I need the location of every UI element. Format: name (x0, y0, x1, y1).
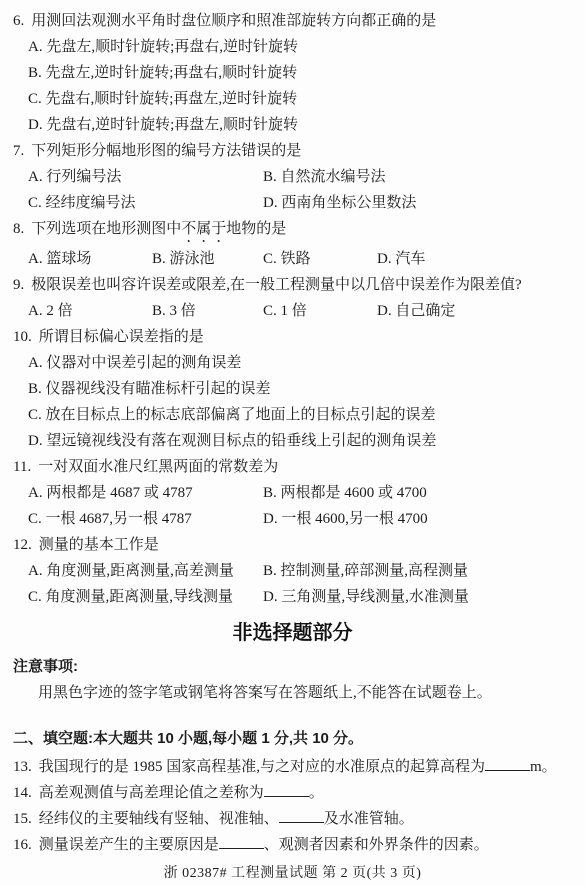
question-11-option-b: B. 两根都是 4600 或 4700 (263, 480, 572, 506)
question-8-option-a: A. 篮球场 (28, 246, 152, 272)
notes-body: 用黑色字迹的签字笔或钢笔将答案写在答题纸上,不能答在试题卷上。 (13, 680, 572, 706)
question-14-text-before: 高差观测值与高差理论值之差称为 (39, 785, 264, 801)
question-8-option-d: D. 汽车 (377, 246, 572, 272)
section-header-non-mc: 非选择题部分 (13, 618, 572, 648)
question-8: 8.下列选项在地形测图中不属于地物的是 A. 篮球场 B. 游泳池 C. 铁路 … (13, 216, 572, 272)
question-7-option-d: D. 西南角坐标公里数法 (263, 190, 572, 216)
question-8-options: A. 篮球场 B. 游泳池 C. 铁路 D. 汽车 (28, 246, 572, 272)
question-9: 9.极限误差也叫容许误差或限差,在一般工程测量中以几倍中误差作为限差值? A. … (13, 272, 572, 324)
question-16-number: 16. (13, 837, 32, 853)
question-11-option-a: A. 两根都是 4687 或 4787 (28, 480, 263, 506)
question-12-option-c: C. 角度测量,距离测量,导线测量 (28, 584, 263, 610)
question-7-text: 下列矩形分幅地形图的编号方法错误的是 (31, 143, 301, 159)
question-6-option-d: D. 先盘右,逆时针旋转;再盘左,顺时针旋转 (28, 112, 572, 138)
question-9-number: 9. (13, 277, 24, 293)
question-6-option-a: A. 先盘左,顺时针旋转;再盘右,逆时针旋转 (28, 34, 572, 60)
question-6-title: 6.用测回法观测水平角时盘位顺序和照准部旋转方向都正确的是 (13, 8, 572, 34)
question-15-number: 15. (13, 811, 32, 827)
question-10-option-d: D. 望远镜视线没有落在观测目标点的铅垂线上引起的测角误差 (28, 428, 572, 454)
question-8-option-b: B. 游泳池 (152, 246, 263, 272)
question-16-blank (219, 835, 264, 849)
question-6-option-b: B. 先盘左,逆时针旋转;再盘右,顺时针旋转 (28, 60, 572, 86)
question-10-option-a: A. 仪器对中误差引起的测角误差 (28, 350, 572, 376)
question-10: 10.所谓目标偏心误差指的是 A. 仪器对中误差引起的测角误差 B. 仪器视线没… (13, 324, 572, 454)
question-11: 11.一对双面水准尺红黑两面的常数差为 A. 两根都是 4687 或 4787 … (13, 454, 572, 532)
question-15-text-before: 经纬仪的主要轴线有竖轴、视准轴、 (39, 811, 279, 827)
question-9-options: A. 2 倍 B. 3 倍 C. 1 倍 D. 自己确定 (28, 298, 572, 324)
question-12-option-b: B. 控制测量,碎部测量,高程测量 (263, 558, 572, 584)
question-16: 16.测量误差产生的主要原因是、观测者因素和外界条件的因素。 (13, 832, 572, 858)
question-12-number: 12. (13, 537, 32, 553)
question-11-options: A. 两根都是 4687 或 4787 B. 两根都是 4600 或 4700 … (28, 480, 572, 532)
question-15-blank (279, 809, 324, 823)
question-13: 13.我国现行的是 1985 国家高程基准,与之对应的水准原点的起算高程为m。 (13, 754, 572, 780)
question-16-text-before: 测量误差产生的主要原因是 (39, 837, 219, 853)
question-13-text-after: m。 (530, 759, 557, 775)
question-11-option-d: D. 一根 4600,另一根 4700 (263, 506, 572, 532)
question-7-title: 7.下列矩形分幅地形图的编号方法错误的是 (13, 138, 572, 164)
question-13-text-before: 我国现行的是 1985 国家高程基准,与之对应的水准原点的起算高程为 (39, 759, 485, 775)
question-10-option-b: B. 仪器视线没有瞄准标杆引起的误差 (28, 376, 572, 402)
question-12-title: 12.测量的基本工作是 (13, 532, 572, 558)
question-14: 14.高差观测值与高差理论值之差称为。 (13, 780, 572, 806)
question-12-option-d: D. 三角测量,导线测量,水准测量 (263, 584, 572, 610)
question-9-title: 9.极限误差也叫容许误差或限差,在一般工程测量中以几倍中误差作为限差值? (13, 272, 572, 298)
question-15-text-after: 及水准管轴。 (324, 811, 414, 827)
question-7-option-a: A. 行列编号法 (28, 164, 263, 190)
page-footer: 浙 02387# 工程测量试题 第 2 页(共 3 页) (13, 862, 572, 885)
question-11-title: 11.一对双面水准尺红黑两面的常数差为 (13, 454, 572, 480)
question-10-option-c: C. 放在目标点上的标志底部偏离了地面上的目标点引起的误差 (28, 402, 572, 428)
question-13-number: 13. (13, 759, 32, 775)
question-9-option-d: D. 自己确定 (377, 298, 572, 324)
question-8-text-pre: 下列选项在地形测图中 (31, 221, 181, 237)
question-12-option-a: A. 角度测量,距离测量,高差测量 (28, 558, 263, 584)
question-11-text: 一对双面水准尺红黑两面的常数差为 (38, 459, 278, 475)
question-6-option-c: C. 先盘右,顺时针旋转;再盘左,逆时针旋转 (28, 86, 572, 112)
fill-questions: 13.我国现行的是 1985 国家高程基准,与之对应的水准原点的起算高程为m。 … (13, 754, 572, 858)
question-10-options: A. 仪器对中误差引起的测角误差 B. 仪器视线没有瞄准标杆引起的误差 C. 放… (28, 350, 572, 454)
question-8-number: 8. (13, 221, 24, 237)
question-7-options: A. 行列编号法 B. 自然流水编号法 C. 经纬度编号法 D. 西南角坐标公里… (28, 164, 572, 216)
question-10-number: 10. (13, 329, 32, 345)
question-6: 6.用测回法观测水平角时盘位顺序和照准部旋转方向都正确的是 A. 先盘左,顺时针… (13, 8, 572, 138)
question-8-title: 8.下列选项在地形测图中不属于地物的是 (13, 216, 572, 246)
question-13-blank (485, 757, 530, 771)
question-9-text: 极限误差也叫容许误差或限差,在一般工程测量中以几倍中误差作为限差值? (31, 277, 521, 293)
notes-title: 注意事项: (13, 654, 572, 680)
question-8-option-c: C. 铁路 (263, 246, 377, 272)
question-9-option-a: A. 2 倍 (28, 298, 152, 324)
question-14-number: 14. (13, 785, 32, 801)
question-15: 15.经纬仪的主要轴线有竖轴、视准轴、及水准管轴。 (13, 806, 572, 832)
question-7-option-c: C. 经纬度编号法 (28, 190, 263, 216)
fill-section-title: 二、填空题:本大题共 10 小题,每小题 1 分,共 10 分。 (13, 726, 572, 752)
question-11-number: 11. (13, 459, 31, 475)
question-14-text-after: 。 (309, 785, 324, 801)
question-6-number: 6. (13, 13, 24, 29)
question-8-text-post: 地物的是 (226, 221, 286, 237)
question-7-option-b: B. 自然流水编号法 (263, 164, 572, 190)
question-8-text-emphasized: 不属于 (181, 221, 226, 237)
question-12: 12.测量的基本工作是 A. 角度测量,距离测量,高差测量 B. 控制测量,碎部… (13, 532, 572, 610)
question-6-text: 用测回法观测水平角时盘位顺序和照准部旋转方向都正确的是 (31, 13, 436, 29)
question-11-option-c: C. 一根 4687,另一根 4787 (28, 506, 263, 532)
question-12-options: A. 角度测量,距离测量,高差测量 B. 控制测量,碎部测量,高程测量 C. 角… (28, 558, 572, 610)
question-9-option-b: B. 3 倍 (152, 298, 263, 324)
question-10-title: 10.所谓目标偏心误差指的是 (13, 324, 572, 350)
question-6-options: A. 先盘左,顺时针旋转;再盘右,逆时针旋转 B. 先盘左,逆时针旋转;再盘右,… (28, 34, 572, 138)
question-9-option-c: C. 1 倍 (263, 298, 377, 324)
question-10-text: 所谓目标偏心误差指的是 (39, 329, 204, 345)
exam-paper-page: 6.用测回法观测水平角时盘位顺序和照准部旋转方向都正确的是 A. 先盘左,顺时针… (0, 0, 585, 885)
question-7-number: 7. (13, 143, 24, 159)
question-16-text-after: 、观测者因素和外界条件的因素。 (264, 837, 489, 853)
question-7: 7.下列矩形分幅地形图的编号方法错误的是 A. 行列编号法 B. 自然流水编号法… (13, 138, 572, 216)
question-14-blank (264, 783, 309, 797)
question-12-text: 测量的基本工作是 (39, 537, 159, 553)
